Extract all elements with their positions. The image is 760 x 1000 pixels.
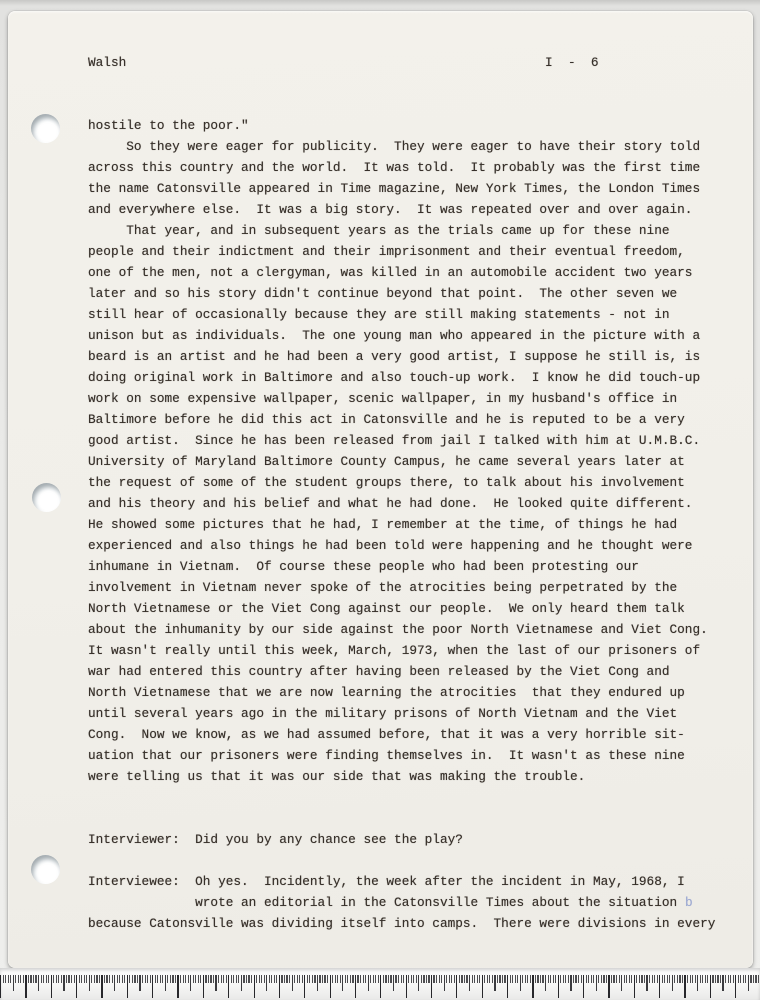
ruler-tick <box>545 975 546 991</box>
ruler-tick <box>484 975 485 983</box>
ruler-tick <box>119 975 120 983</box>
ruler-tick <box>679 975 680 983</box>
ruler-tick <box>350 975 351 983</box>
ruler-tick <box>702 975 703 983</box>
ruler-tick <box>33 975 34 983</box>
ruler-tick <box>492 975 493 983</box>
ruler-tick <box>710 975 711 998</box>
ruler-tick <box>730 975 731 983</box>
ruler-tick <box>456 975 457 998</box>
ruler-tick <box>444 975 445 991</box>
ruler-tick <box>104 975 105 983</box>
ruler-tick <box>51 975 52 998</box>
ruler-tick <box>58 975 59 983</box>
ruler-tick <box>555 975 556 983</box>
ruler-tick <box>639 975 640 983</box>
ruler-tick <box>383 975 384 983</box>
ruler-tick <box>180 975 181 983</box>
ruler-tick <box>662 975 663 983</box>
ruler-tick <box>649 975 650 983</box>
ruler-tick <box>674 975 675 983</box>
ruler-tick <box>755 975 756 983</box>
ruler-tick <box>302 975 303 983</box>
ruler-tick <box>89 975 90 991</box>
ruler-tick <box>494 975 495 991</box>
ruler-tick <box>20 975 21 983</box>
ruler-tick <box>152 975 153 998</box>
ruler-tick <box>352 975 353 983</box>
ruler-tick <box>659 975 660 998</box>
ruler-tick <box>431 975 432 998</box>
ruler-tick <box>309 975 310 983</box>
ruler-tick <box>411 975 412 983</box>
ruler-tick <box>449 975 450 983</box>
ruler-tick <box>745 975 746 983</box>
ruler-tick <box>210 975 211 983</box>
ruler-tick <box>28 975 29 983</box>
ruler-tick <box>251 975 252 983</box>
ruler-tick <box>616 975 617 983</box>
ruler-tick <box>147 975 148 983</box>
ruler-tick <box>198 975 199 983</box>
ruler-tick <box>408 975 409 983</box>
ruler-tick <box>512 975 513 983</box>
ruler-tick <box>370 975 371 983</box>
header-page-number: I - 6 <box>545 52 599 73</box>
ruler-tick <box>284 975 285 983</box>
ruler-tick <box>603 975 604 983</box>
ruler-tick <box>43 975 44 983</box>
ruler-tick <box>162 975 163 983</box>
ruler-tick <box>324 975 325 983</box>
ruler-tick <box>406 975 407 998</box>
ruler-tick <box>664 975 665 983</box>
ruler-tick <box>436 975 437 983</box>
ruler-tick <box>74 975 75 983</box>
ruler-tick <box>5 975 6 983</box>
ruler-tick <box>636 975 637 983</box>
ruler-tick <box>591 975 592 983</box>
ruler-tick <box>532 975 533 998</box>
ruler-tick <box>91 975 92 983</box>
ruler-tick <box>613 975 614 983</box>
ruler-tick <box>0 975 1 998</box>
ruler-tick <box>722 975 723 991</box>
ruler-tick <box>261 975 262 983</box>
ruler-tick <box>185 975 186 983</box>
ruler-tick <box>570 975 571 991</box>
ruler-tick <box>469 975 470 991</box>
ruler-tick <box>446 975 447 983</box>
ruler-tick <box>583 975 584 998</box>
ruler-tick <box>160 975 161 983</box>
ruler-tick <box>203 975 204 998</box>
ruler-tick <box>335 975 336 983</box>
ruler-tick <box>393 975 394 991</box>
ruler-tick <box>504 975 505 983</box>
ruler-tick <box>114 975 115 991</box>
ruler-tick <box>276 975 277 983</box>
ruler-tick <box>593 975 594 983</box>
ruler-tick <box>705 975 706 983</box>
ruler-tick <box>621 975 622 991</box>
ruler-tick <box>319 975 320 983</box>
ruler-tick <box>641 975 642 983</box>
ruler-tick <box>365 975 366 983</box>
ruler-tick <box>750 975 751 983</box>
ruler-tick <box>134 975 135 983</box>
ruler-tick <box>454 975 455 983</box>
ruler-tick <box>667 975 668 983</box>
ruler-tick <box>416 975 417 983</box>
ruler-tick <box>733 975 734 983</box>
document-body-text: hostile to the poor." So they were eager… <box>88 115 715 934</box>
ruler-tick <box>289 975 290 983</box>
ruler <box>0 968 760 1000</box>
ruler-tick <box>46 975 47 983</box>
ruler-tick <box>390 975 391 983</box>
ruler-tick <box>269 975 270 983</box>
ruler-tick <box>132 975 133 983</box>
ruler-tick <box>340 975 341 983</box>
ruler-tick <box>274 975 275 983</box>
ruler-tick <box>720 975 721 983</box>
ruler-tick <box>740 975 741 983</box>
ruler-tick <box>573 975 574 983</box>
ruler-tick <box>10 975 11 983</box>
ruler-tick <box>588 975 589 983</box>
ruler-tick <box>540 975 541 983</box>
ruler-tick <box>497 975 498 983</box>
ruler-tick <box>477 975 478 983</box>
ruler-tick <box>188 975 189 983</box>
ruler-tick <box>208 975 209 983</box>
ruler-tick <box>725 975 726 983</box>
ruler-tick <box>489 975 490 983</box>
ruler-tick <box>41 975 42 983</box>
ruler-tick <box>466 975 467 983</box>
ruler-tick <box>542 975 543 983</box>
ruler-tick <box>487 975 488 983</box>
ruler-tick <box>101 975 102 998</box>
ruler-tick <box>129 975 130 983</box>
ruler-tick <box>94 975 95 983</box>
ruler-tick <box>155 975 156 983</box>
ruler-tick <box>112 975 113 983</box>
ruler-tick <box>631 975 632 983</box>
ruler-tick <box>215 975 216 991</box>
ruler-tick <box>550 975 551 983</box>
ruler-tick <box>403 975 404 983</box>
ruler-tick <box>84 975 85 983</box>
ruler-tick <box>127 975 128 998</box>
ruler-tick <box>395 975 396 983</box>
ruler-tick <box>652 975 653 983</box>
ruler-tick <box>510 975 511 983</box>
ruler-tick <box>363 975 364 983</box>
ruler-tick <box>175 975 176 983</box>
ruler-tick <box>86 975 87 983</box>
ruler-tick <box>122 975 123 983</box>
ruler-tick <box>537 975 538 983</box>
ruler-tick <box>193 975 194 983</box>
ruler-tick <box>79 975 80 983</box>
ruler-tick <box>634 975 635 998</box>
ruler-tick <box>292 975 293 991</box>
ruler-tick <box>626 975 627 983</box>
ruler-tick <box>687 975 688 983</box>
ruler-tick <box>3 975 4 983</box>
ruler-tick <box>81 975 82 983</box>
ruler-tick <box>66 975 67 983</box>
ruler-tick <box>499 975 500 983</box>
ruler-tick <box>96 975 97 983</box>
ruler-tick <box>692 975 693 983</box>
ruler-tick <box>461 975 462 983</box>
ruler-tick <box>281 975 282 983</box>
ruler-tick <box>684 975 685 998</box>
hole-punch-middle <box>32 483 61 512</box>
ruler-tick <box>715 975 716 983</box>
ruler-tick <box>712 975 713 983</box>
ruler-tick <box>213 975 214 983</box>
ruler-tick <box>243 975 244 983</box>
ruler-tick <box>259 975 260 983</box>
hole-punch-bottom <box>31 855 60 884</box>
ruler-tick <box>231 975 232 983</box>
ruler-tick <box>515 975 516 983</box>
ruler-tick <box>464 975 465 983</box>
ruler-tick <box>700 975 701 983</box>
ruler-tick <box>142 975 143 983</box>
ruler-tick <box>472 975 473 983</box>
ruler-tick <box>439 975 440 983</box>
blue-pen-mark: b <box>685 892 693 913</box>
ruler-tick <box>479 975 480 983</box>
ruler-tick <box>256 975 257 983</box>
ruler-tick <box>264 975 265 983</box>
ruler-tick <box>646 975 647 991</box>
ruler-tick <box>13 975 14 991</box>
ruler-tick <box>682 975 683 983</box>
ruler-tick <box>109 975 110 983</box>
ruler-tick <box>398 975 399 983</box>
ruler-tick <box>568 975 569 983</box>
ruler-tick <box>654 975 655 983</box>
ruler-tick <box>183 975 184 983</box>
ruler-tick <box>644 975 645 983</box>
ruler-tick <box>728 975 729 983</box>
ruler-tick <box>117 975 118 983</box>
ruler-tick <box>530 975 531 983</box>
ruler-tick <box>297 975 298 983</box>
ruler-tick <box>150 975 151 983</box>
ruler-tick <box>106 975 107 983</box>
ruler-tick <box>563 975 564 983</box>
ruler-tick <box>190 975 191 991</box>
ruler-tick <box>167 975 168 983</box>
ruler-tick <box>378 975 379 983</box>
ruler-tick <box>294 975 295 983</box>
ruler-tick <box>502 975 503 983</box>
ruler-tick <box>608 975 609 998</box>
ruler-tick <box>195 975 196 983</box>
ruler-tick <box>317 975 318 991</box>
ruler-tick <box>246 975 247 983</box>
ruler-tick <box>236 975 237 983</box>
ruler-tick <box>322 975 323 983</box>
ruler-tick <box>629 975 630 983</box>
ruler-tick <box>355 975 356 998</box>
ruler-tick <box>672 975 673 991</box>
ruler-tick <box>145 975 146 983</box>
ruler-tick <box>560 975 561 983</box>
ruler-tick <box>426 975 427 983</box>
ruler-tick <box>368 975 369 991</box>
ruler-tick <box>307 975 308 983</box>
ruler-tick <box>558 975 559 998</box>
ruler-tick <box>312 975 313 983</box>
ruler-tick <box>517 975 518 983</box>
ruler-tick <box>226 975 227 983</box>
ruler-tick <box>63 975 64 991</box>
ruler-tick <box>254 975 255 998</box>
ruler-tick <box>38 975 39 991</box>
ruler-tick <box>482 975 483 998</box>
ruler-tick <box>717 975 718 983</box>
ruler-tick <box>357 975 358 983</box>
ruler-tick <box>451 975 452 983</box>
ruler-tick <box>205 975 206 983</box>
ruler-tick <box>248 975 249 983</box>
ruler-tick <box>53 975 54 983</box>
ruler-tick <box>25 975 26 998</box>
ruler-tick <box>165 975 166 991</box>
ruler-tick <box>266 975 267 991</box>
ruler-tick <box>360 975 361 983</box>
ruler-tick <box>743 975 744 983</box>
ruler-tick <box>228 975 229 998</box>
ruler-tick <box>61 975 62 983</box>
ruler-tick <box>525 975 526 983</box>
ruler-tick <box>690 975 691 983</box>
ruler-tick <box>507 975 508 998</box>
ruler-tick <box>738 975 739 983</box>
ruler-tick <box>535 975 536 983</box>
ruler-tick <box>345 975 346 983</box>
ruler-tick <box>459 975 460 983</box>
ruler-tick <box>522 975 523 983</box>
ruler-tick <box>23 975 24 983</box>
ruler-tick <box>565 975 566 983</box>
ruler-tick <box>233 975 234 983</box>
ruler-tick <box>421 975 422 983</box>
ruler-tick <box>35 975 36 983</box>
ruler-tick <box>218 975 219 983</box>
ruler-tick <box>598 975 599 983</box>
ruler-tick <box>669 975 670 983</box>
ruler-tick <box>304 975 305 998</box>
ruler-tick <box>388 975 389 983</box>
ruler-tick <box>385 975 386 983</box>
ruler-tick <box>71 975 72 983</box>
ruler-tick <box>30 975 31 983</box>
ruler-tick <box>68 975 69 983</box>
ruler-tick <box>697 975 698 991</box>
ruler-tick <box>441 975 442 983</box>
ruler-tick <box>200 975 201 983</box>
ruler-tick <box>657 975 658 983</box>
ruler-tick <box>423 975 424 983</box>
ruler-tick <box>581 975 582 983</box>
document-page: Walsh I - 6 hostile to the poor." So the… <box>8 11 753 968</box>
ruler-tick <box>735 975 736 998</box>
ruler-tick <box>548 975 549 983</box>
ruler-tick <box>433 975 434 983</box>
header-author: Walsh <box>88 52 126 73</box>
ruler-tick <box>172 975 173 983</box>
ruler-tick <box>413 975 414 983</box>
ruler-tick <box>342 975 343 991</box>
ruler-tick <box>401 975 402 983</box>
ruler-tick <box>748 975 749 991</box>
ruler-tick <box>527 975 528 983</box>
scanned-document-screenshot: { "doc": { "header": { "author": "Walsh"… <box>0 0 760 1000</box>
ruler-tick <box>578 975 579 983</box>
ruler-tick <box>124 975 125 983</box>
ruler-tick <box>15 975 16 983</box>
ruler-tick <box>139 975 140 991</box>
ruler-tick <box>157 975 158 983</box>
ruler-tick <box>241 975 242 991</box>
ruler-tick <box>330 975 331 998</box>
ruler-tick <box>221 975 222 983</box>
ruler-tick <box>474 975 475 983</box>
ruler-tick <box>48 975 49 983</box>
ruler-tick <box>619 975 620 983</box>
ruler-tick <box>520 975 521 991</box>
ruler-tick <box>279 975 280 998</box>
ruler-tick <box>553 975 554 983</box>
ruler-tick <box>271 975 272 983</box>
ruler-tick <box>601 975 602 983</box>
ruler-tick <box>238 975 239 983</box>
ruler-tick <box>99 975 100 983</box>
ruler-tick <box>575 975 576 983</box>
ruler-tick <box>76 975 77 998</box>
ruler-tick <box>327 975 328 983</box>
ruler-tick <box>606 975 607 983</box>
ruler-tick <box>695 975 696 983</box>
ruler-tick <box>177 975 178 998</box>
ruler-tick <box>373 975 374 983</box>
ruler-tick <box>18 975 19 983</box>
ruler-tick <box>337 975 338 983</box>
ruler-tick <box>56 975 57 983</box>
ruler-tick <box>586 975 587 983</box>
ruler-tick <box>286 975 287 983</box>
ruler-tick <box>707 975 708 983</box>
ruler-tick <box>428 975 429 983</box>
ruler-tick <box>347 975 348 983</box>
ruler-tick <box>753 975 754 983</box>
ruler-tick <box>223 975 224 983</box>
ruler-tick <box>332 975 333 983</box>
hole-punch-top <box>31 114 60 143</box>
ruler-tick <box>380 975 381 998</box>
ruler-tick <box>624 975 625 983</box>
ruler-tick <box>677 975 678 983</box>
